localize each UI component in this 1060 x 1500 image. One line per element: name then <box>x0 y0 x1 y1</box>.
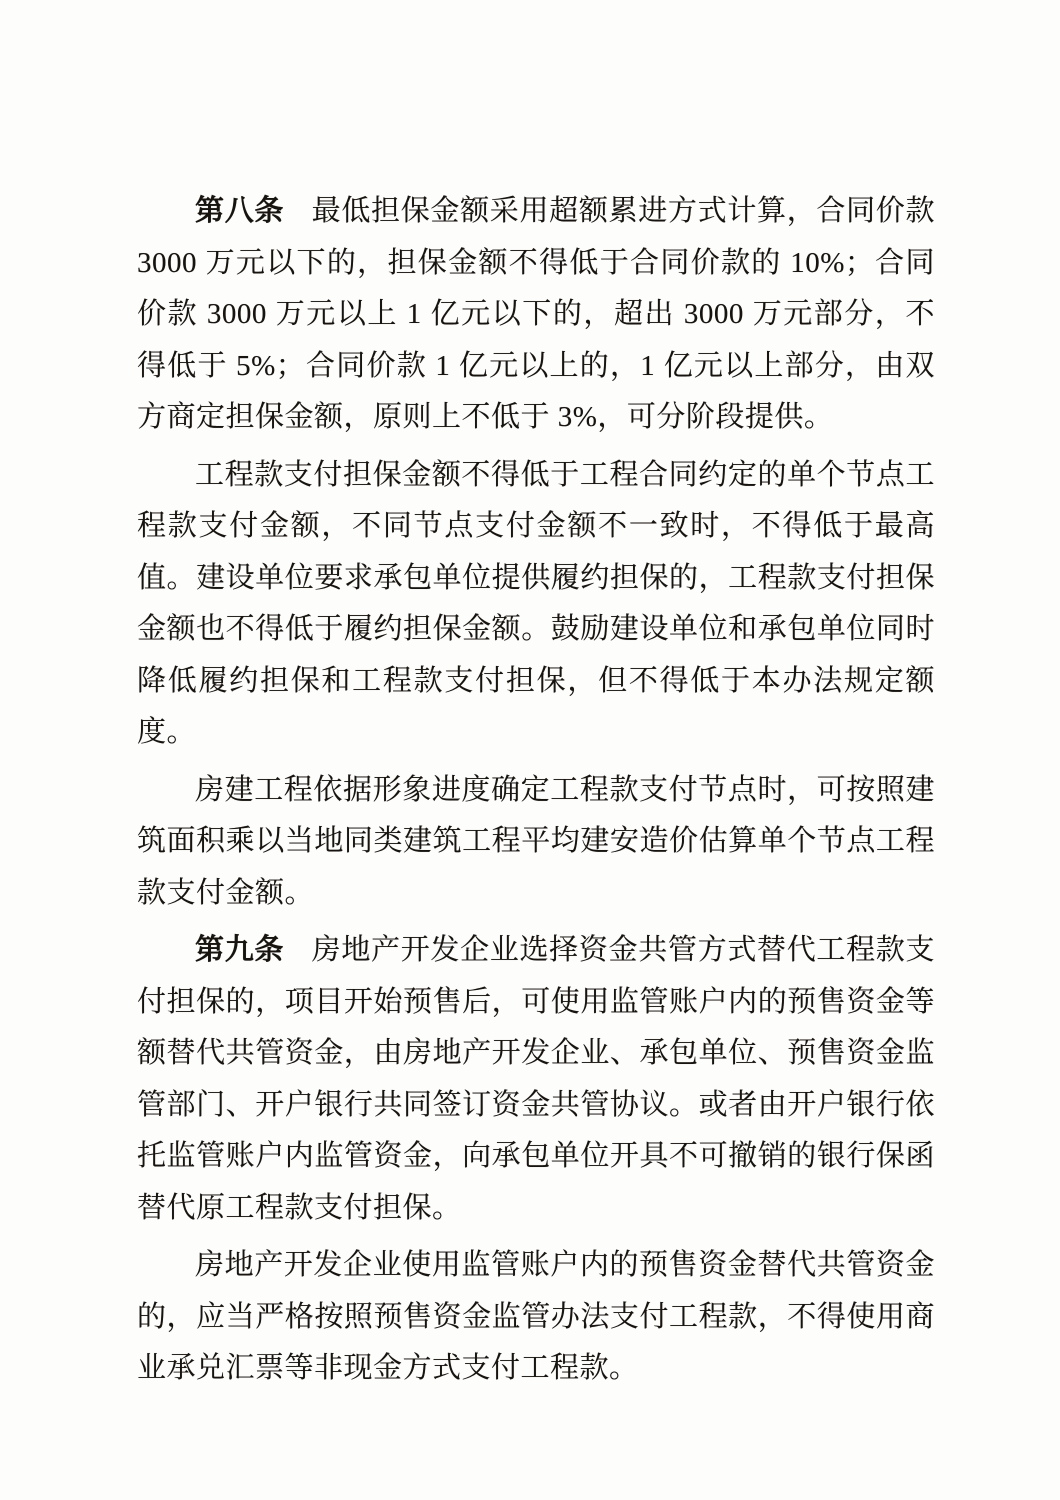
paragraph-3-text: 房建工程依据形象进度确定工程款支付节点时，可按照建筑面积乘以当地同类建筑工程平均… <box>137 774 935 909</box>
paragraph-article-8: 第八条最低担保金额采用超额累进方式计算，合同价款 3000 万元以下的，担保金额… <box>137 186 935 444</box>
text-block: 第八条最低担保金额采用超额累进方式计算，合同价款 3000 万元以下的，担保金额… <box>137 186 935 1401</box>
paragraph-housing-project-estimate: 房建工程依据形象进度确定工程款支付节点时，可按照建筑面积乘以当地同类建筑工程平均… <box>137 765 935 920</box>
paragraph-5-text: 房地产开发企业使用监管账户内的预售资金替代共管资金的，应当严格按照预售资金监管办… <box>137 1249 935 1384</box>
paragraph-article-9: 第九条房地产开发企业选择资金共管方式替代工程款支付担保的，项目开始预售后，可使用… <box>137 925 935 1234</box>
paragraph-presale-funds-usage: 房地产开发企业使用监管账户内的预售资金替代共管资金的，应当严格按照预售资金监管办… <box>137 1240 935 1395</box>
article-9-label: 第九条 <box>195 934 284 966</box>
article-8-label: 第八条 <box>195 195 284 227</box>
paragraph-2-text: 工程款支付担保金额不得低于工程合同约定的单个节点工程款支付金额，不同节点支付金额… <box>137 459 935 749</box>
article-8-text: 最低担保金额采用超额累进方式计算，合同价款 3000 万元以下的，担保金额不得低… <box>137 195 935 433</box>
paragraph-payment-guarantee-amount: 工程款支付担保金额不得低于工程合同约定的单个节点工程款支付金额，不同节点支付金额… <box>137 450 935 759</box>
document-page: 第八条最低担保金额采用超额累进方式计算，合同价款 3000 万元以下的，担保金额… <box>0 0 1060 1500</box>
article-9-text: 房地产开发企业选择资金共管方式替代工程款支付担保的，项目开始预售后，可使用监管账… <box>137 934 935 1224</box>
